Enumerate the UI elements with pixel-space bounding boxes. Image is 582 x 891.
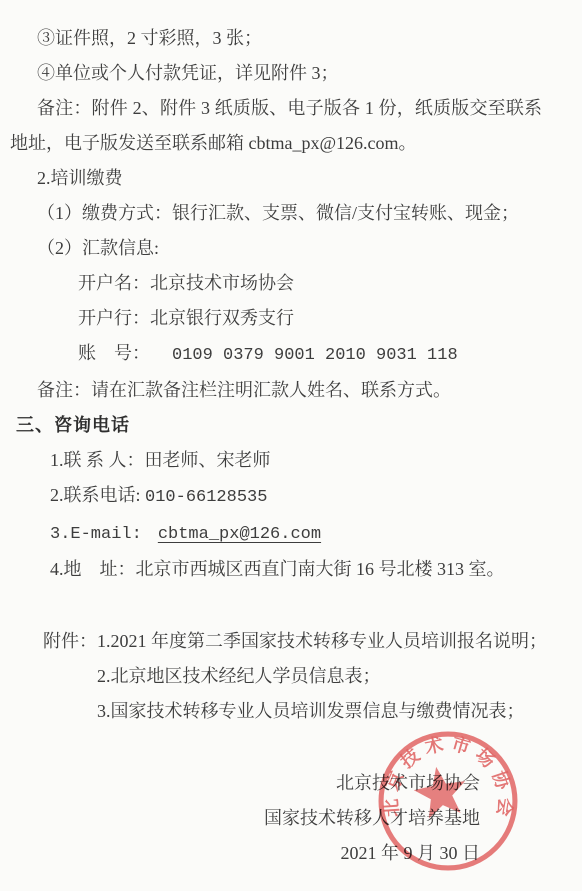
account-number-value: 0109 0379 9001 2010 9031 118: [172, 346, 458, 365]
contact-phone-label: 2.联系电话:: [50, 485, 141, 505]
contact-address-line: 4.地 址：北京市西城区西直门南大街 16 号北楼 313 室。: [10, 552, 542, 587]
list-item-photo: ③证件照，2 寸彩照，3 张；: [10, 21, 542, 56]
contact-email-label: 3.E-mail:: [50, 525, 142, 544]
seal-star-icon: [410, 762, 470, 820]
account-number-line: 账 号：0109 0379 9001 2010 9031 118: [10, 336, 542, 373]
training-fee-heading: 2.培训缴费: [10, 161, 542, 196]
attachments-block: 附件： 1.2021 年度第二季国家技术转移专业人员培训报名说明； 2.北京地区…: [10, 624, 542, 729]
account-number-label: 账 号：: [78, 343, 150, 363]
remittance-info-label: （2）汇款信息:: [10, 231, 542, 266]
contact-person-line: 1.联 系 人：田老师、宋老师: [10, 443, 542, 478]
remark-attachments-line2: 地址，电子版发送至联系邮箱 cbtma_px@126.com。: [10, 126, 542, 161]
document-page: ③证件照，2 寸彩照，3 张； ④单位或个人付款凭证，详见附件 3； 备注：附件…: [0, 0, 582, 891]
bank-branch-line: 开户行：北京银行双秀支行: [10, 301, 542, 336]
contact-phone-value: 010-66128535: [145, 488, 267, 507]
seal-ring-text: 北京技术市场协会: [380, 732, 517, 824]
remittance-remark-line: 备注：请在汇款备注栏注明汇款人姓名、联系方式。: [10, 373, 542, 408]
official-seal: 北京技术市场协会: [377, 730, 519, 872]
remark-attachments-line1: 备注：附件 2、附件 3 纸质版、电子版各 1 份，纸质版交至联系: [10, 91, 542, 126]
svg-text:北京技术市场协会: 北京技术市场协会: [380, 732, 517, 824]
contact-email-value: cbtma_px@126.com: [158, 525, 321, 544]
payment-methods-line: （1）缴费方式：银行汇款、支票、微信/支付宝转账、现金；: [10, 196, 542, 231]
account-name-line: 开户名：北京技术市场协会: [10, 266, 542, 301]
contact-section-heading: 三、咨询电话: [10, 408, 542, 443]
attachment-item-2: 2.北京地区技术经纪人学员信息表；: [97, 659, 547, 694]
attachment-item-1: 1.2021 年度第二季国家技术转移专业人员培训报名说明；: [97, 624, 547, 659]
contact-phone-line: 2.联系电话: 010-66128535: [10, 478, 542, 515]
attachments-label: 附件：: [10, 624, 97, 729]
attachment-item-3: 3.国家技术转移专业人员培训发票信息与缴费情况表；: [97, 694, 547, 729]
contact-email-line: 3.E-mail:cbtma_px@126.com: [10, 515, 542, 552]
list-item-payment-proof: ④单位或个人付款凭证，详见附件 3；: [10, 56, 542, 91]
